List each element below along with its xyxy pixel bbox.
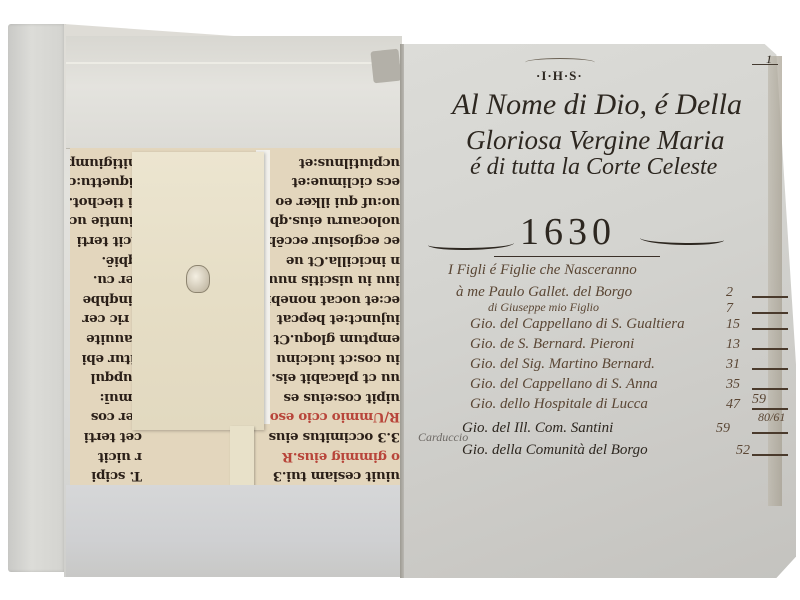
- incunable-line: iujunct:et bepcat: [264, 309, 400, 329]
- incunable-line: n incicilla.Ct ue: [264, 250, 400, 270]
- incunable-line: uiuit cesiam tui.3: [264, 466, 400, 486]
- entry-amount: 15: [726, 317, 740, 333]
- entry-amount: 35: [726, 377, 740, 393]
- cover-flap: [8, 24, 66, 572]
- invocation-line-2: Gloriosa Vergine Maria: [466, 125, 725, 156]
- incunable-line: emptum gloqu.Ct: [264, 328, 400, 348]
- incunable-line: ecs ciclimue:et: [264, 172, 400, 192]
- ledger-rule: [752, 328, 788, 330]
- ihs-monogram: ·I·H·S·: [536, 68, 583, 84]
- register-entry: Gio. de S. Bernard. Pieroni: [470, 336, 634, 353]
- entry-amount: 52: [736, 443, 750, 459]
- register-entry: Gio. del Cappellano di S. Gualtiera: [470, 316, 685, 333]
- ledger-rule: [752, 296, 788, 298]
- cover-corner-tab: [370, 49, 401, 84]
- incunable-line: o gimmig eius.R: [264, 446, 400, 466]
- page-edge: [768, 56, 782, 506]
- register-entry: Gio. del Cappellano di S. Anna: [470, 376, 658, 393]
- entry-amount: 2: [726, 285, 733, 301]
- incunable-line: uo:uf qui ilker eo: [264, 191, 400, 211]
- monogram-ornament: [525, 58, 595, 67]
- ledger-rule: [752, 454, 788, 456]
- entry-amount: 31: [726, 357, 740, 373]
- incunable-line: ucpiutilnus:et: [264, 152, 400, 172]
- cover-top-band: [66, 36, 402, 149]
- incunable-line: R/Ummio ccio eso: [264, 407, 400, 427]
- cover-bottom-band: [66, 485, 402, 577]
- folio-rule: [752, 64, 778, 65]
- incunable-line: iu cos:ct iucicinu: [264, 348, 400, 368]
- invocation-line-1: Al Nome di Dio, é Della: [452, 88, 742, 122]
- incunable-line: 3.3 occimitus eius: [264, 426, 400, 446]
- ledger-rule: [752, 388, 788, 390]
- margin-amount: 80/61: [758, 410, 785, 425]
- entry-amount: 13: [726, 337, 740, 353]
- entry-amount: 59: [716, 421, 730, 437]
- register-entry: di Giuseppe mio Figlio: [488, 300, 599, 315]
- invocation-line-3: é di tutta la Corte Celeste: [470, 154, 717, 181]
- register-entry: I Figli é Figlie che Nasceranno: [448, 262, 637, 279]
- margin-note: Carduccio: [418, 430, 468, 445]
- register-entry: Gio. del Sig. Martino Bernard.: [470, 356, 655, 373]
- incunable-right-column: Oremusucium:uiui eius ammittaruiuit cesi…: [264, 152, 400, 486]
- register-entry: à me Paulo Gallet. del Borgo: [456, 284, 632, 301]
- ledger-rule: [752, 432, 788, 434]
- incunable-line: ec ecgiosiur eccēb: [264, 230, 400, 250]
- entry-amount: 47: [726, 397, 740, 413]
- ledger-rule: [752, 312, 788, 314]
- incunable-line: ec:et uocat nonebit: [264, 289, 400, 309]
- ledger-rule: [752, 348, 788, 350]
- year-heading: 1630: [520, 210, 616, 254]
- incunable-line: uipit cos:eius es: [264, 387, 400, 407]
- incunable-line: uolocauru eius.qb a: [264, 211, 400, 231]
- register-entry: Gio. del Ill. Com. Santini: [462, 420, 613, 437]
- ledger-rule: [752, 368, 788, 370]
- entry-amount: 7: [726, 301, 733, 317]
- wax-seal-icon: [186, 265, 210, 293]
- register-entry: Gio. dello Hospitale di Lucca: [470, 396, 648, 413]
- incunable-line: iuu iu uiscitis nuu: [264, 270, 400, 290]
- year-underline: [494, 256, 660, 257]
- margin-amount: 59: [752, 392, 766, 408]
- cover-fold-line: [66, 62, 402, 64]
- incunable-line: uu ct placabit eis.: [264, 368, 400, 388]
- register-entry: Gio. della Comunità del Borgo: [462, 442, 648, 459]
